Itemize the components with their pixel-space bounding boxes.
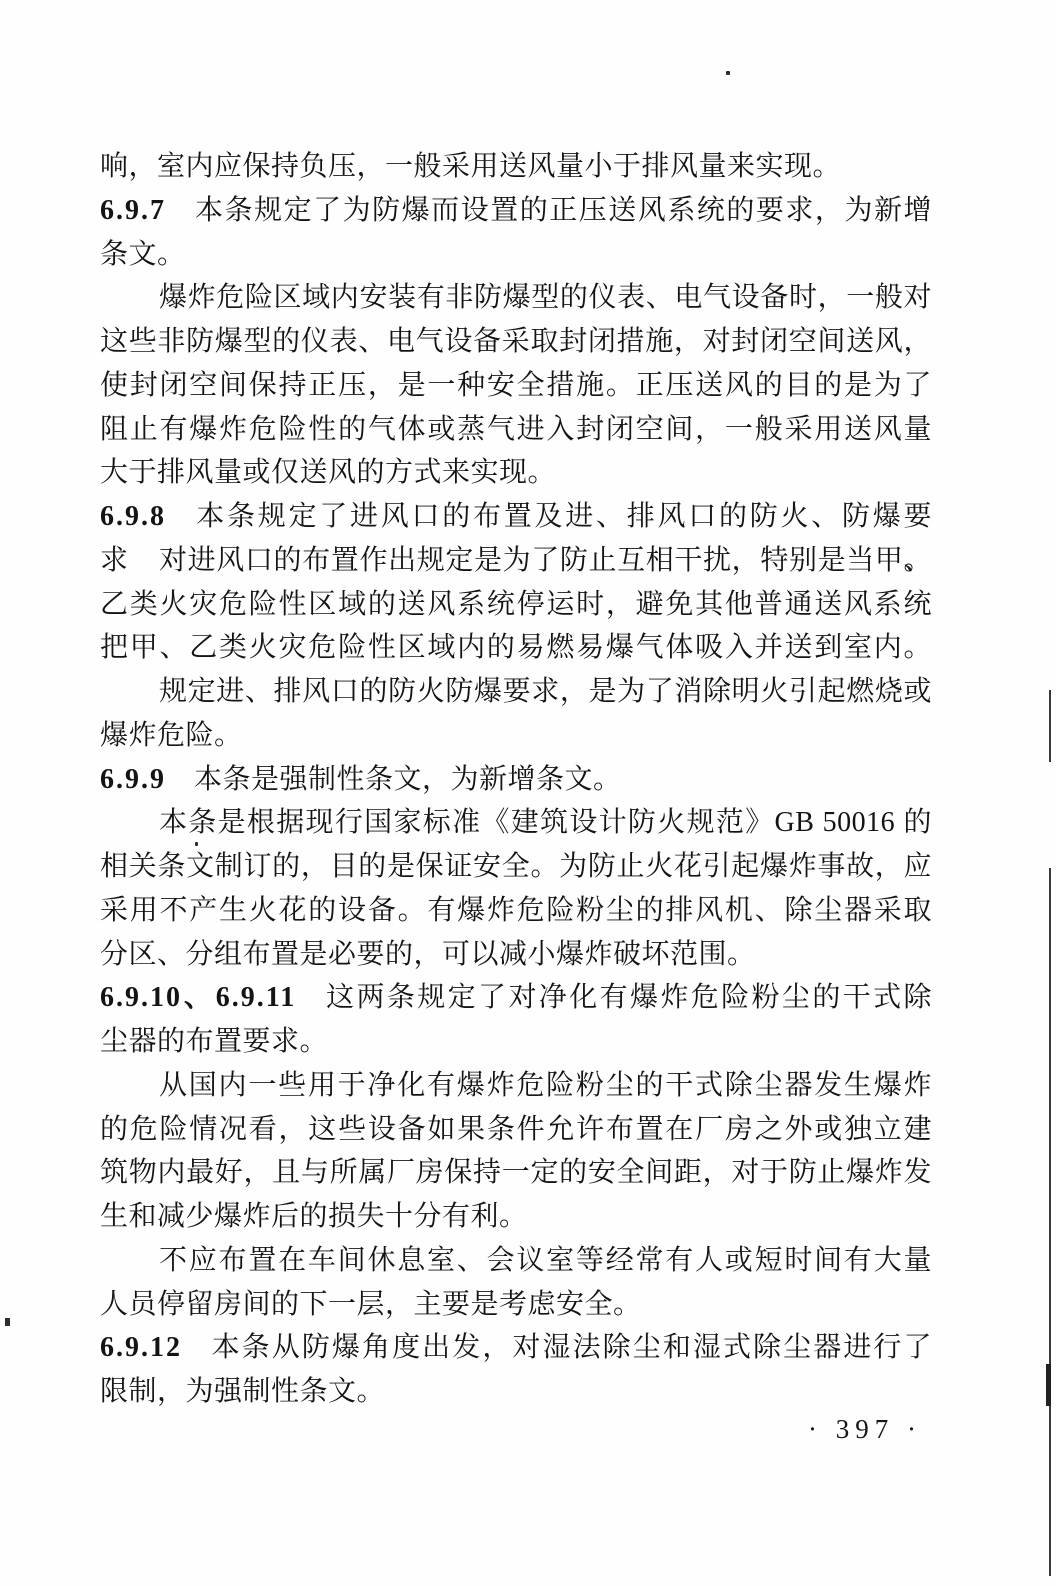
line-text: 规定进、排风口的防火防爆要求，是为了消除明火引起燃烧或	[159, 676, 932, 707]
scan-speck	[195, 842, 198, 846]
section-number: 6.9.9	[100, 764, 194, 795]
text-line: 爆炸危险区域内安装有非防爆型的仪表、电气设备时，一般对	[100, 276, 932, 320]
line-text: 的危险情况看，这些设备如果条件允许布置在厂房之外或独立建	[100, 1114, 932, 1145]
line-text: 相关条文制订的，目的是保证安全。为防止火花引起爆炸事故，应	[100, 851, 932, 882]
line-text: 采用不产生火花的设备。有爆炸危险粉尘的排风机、除尘器采取	[100, 895, 932, 926]
section-line: 6.9.9本条是强制性条文，为新增条文。	[100, 758, 932, 802]
section-line: 6.9.12本条从防爆角度出发，对湿法除尘和湿式除尘器进行了	[100, 1326, 932, 1370]
line-text: 限制，为强制性条文。	[100, 1376, 385, 1407]
section-number: 6.9.12	[100, 1332, 210, 1363]
line-text: 人员停留房间的下一层，主要是考虑安全。	[100, 1289, 642, 1320]
scan-edge-line	[1049, 690, 1051, 762]
scan-speck	[726, 71, 730, 75]
line-text: 这两条规定了对净化有爆炸危险粉尘的干式除	[324, 982, 932, 1013]
text-line: 生和减少爆炸后的损失十分有利。	[100, 1195, 932, 1239]
text-line: 乙类火灾危险性区域的送风系统停运时，避免其他普通送风系统	[100, 583, 932, 627]
line-text: 对进风口的布置作出规定是为了防止互相干扰，特别是当甲、	[159, 545, 932, 576]
text-block: 响，室内应保持负压，一般采用送风量小于排风量来实现。6.9.7本条规定了为防爆而…	[100, 145, 932, 1414]
line-text: 本条规定了为防爆而设置的正压送风系统的要求，为新增	[194, 195, 932, 226]
line-text: 把甲、乙类火灾危险性区域内的易燃易爆气体吸入并送到室内。	[100, 632, 932, 663]
line-text: 生和减少爆炸后的损失十分有利。	[100, 1201, 528, 1232]
section-line: 6.9.8本条规定了进风口的布置及进、排风口的防火、防爆要求。	[100, 495, 932, 539]
section-number: 6.9.8	[100, 501, 194, 532]
section-number: 6.9.10、6.9.11	[100, 982, 324, 1013]
text-line: 把甲、乙类火灾危险性区域内的易燃易爆气体吸入并送到室内。	[100, 626, 932, 670]
scan-edge-blob	[1046, 1364, 1051, 1406]
line-text: 使封闭空间保持正压，是一种安全措施。正压送风的目的是为了	[100, 370, 932, 401]
text-line: 条文。	[100, 233, 932, 277]
text-line: 的危险情况看，这些设备如果条件允许布置在厂房之外或独立建	[100, 1108, 932, 1152]
section-line: 6.9.7本条规定了为防爆而设置的正压送风系统的要求，为新增	[100, 189, 932, 233]
line-text: 分区、分组布置是必要的，可以减小爆炸破坏范围。	[100, 939, 756, 970]
text-line: 从国内一些用于净化有爆炸危险粉尘的干式除尘器发生爆炸	[100, 1064, 932, 1108]
text-line: 使封闭空间保持正压，是一种安全措施。正压送风的目的是为了	[100, 364, 932, 408]
text-line: 分区、分组布置是必要的，可以减小爆炸破坏范围。	[100, 933, 932, 977]
line-text: 爆炸危险。	[100, 720, 243, 751]
text-line: 大于排风量或仅送风的方式来实现。	[100, 451, 932, 495]
text-line: 采用不产生火花的设备。有爆炸危险粉尘的排风机、除尘器采取	[100, 889, 932, 933]
line-text: 不应布置在车间休息室、会议室等经常有人或短时间有大量	[159, 1245, 932, 1276]
line-text: 条文。	[100, 239, 186, 270]
text-line: 规定进、排风口的防火防爆要求，是为了消除明火引起燃烧或	[100, 670, 932, 714]
line-text: 从国内一些用于净化有爆炸危险粉尘的干式除尘器发生爆炸	[159, 1070, 932, 1101]
line-text: 本条从防爆角度出发，对湿法除尘和湿式除尘器进行了	[210, 1332, 932, 1363]
text-line: 阻止有爆炸危险性的气体或蒸气进入封闭空间，一般采用送风量	[100, 408, 932, 452]
line-text: 响，室内应保持负压，一般采用送风量小于排风量来实现。	[100, 151, 841, 182]
text-line: 响，室内应保持负压，一般采用送风量小于排风量来实现。	[100, 145, 932, 189]
text-line: 爆炸危险。	[100, 714, 932, 758]
text-line: 不应布置在车间休息室、会议室等经常有人或短时间有大量	[100, 1239, 932, 1283]
line-text: 筑物内最好，且与所属厂房保持一定的安全间距，对于防止爆炸发	[100, 1157, 932, 1188]
line-text: 尘器的布置要求。	[100, 1026, 328, 1057]
text-line: 本条是根据现行国家标准《建筑设计防火规范》GB 50016 的	[100, 801, 932, 845]
section-line: 6.9.10、6.9.11这两条规定了对净化有爆炸危险粉尘的干式除	[100, 976, 932, 1020]
line-text: 爆炸危险区域内安装有非防爆型的仪表、电气设备时，一般对	[159, 282, 932, 313]
section-number: 6.9.7	[100, 195, 194, 226]
text-line: 尘器的布置要求。	[100, 1020, 932, 1064]
line-text: 本条是根据现行国家标准《建筑设计防火规范》GB 50016 的	[159, 807, 932, 838]
line-text: 这些非防爆型的仪表、电气设备采取封闭措施，对封闭空间送风，	[100, 326, 932, 357]
scan-edge-line	[1049, 868, 1051, 1576]
line-text: 大于排风量或仅送风的方式来实现。	[100, 457, 556, 488]
line-text: 本条是强制性条文，为新增条文。	[194, 764, 622, 795]
scanned-document-page: 响，室内应保持负压，一般采用送风量小于排风量来实现。6.9.7本条规定了为防爆而…	[0, 0, 1056, 1586]
text-line: 筑物内最好，且与所属厂房保持一定的安全间距，对于防止爆炸发	[100, 1151, 932, 1195]
text-line: 相关条文制订的，目的是保证安全。为防止火花引起爆炸事故，应	[100, 845, 932, 889]
text-line: 对进风口的布置作出规定是为了防止互相干扰，特别是当甲、	[100, 539, 932, 583]
text-line: 限制，为强制性条文。	[100, 1370, 932, 1414]
line-text: 阻止有爆炸危险性的气体或蒸气进入封闭空间，一般采用送风量	[100, 414, 932, 445]
line-text: 乙类火灾危险性区域的送风系统停运时，避免其他普通送风系统	[100, 589, 932, 620]
text-line: 这些非防爆型的仪表、电气设备采取封闭措施，对封闭空间送风，	[100, 320, 932, 364]
text-line: 人员停留房间的下一层，主要是考虑安全。	[100, 1283, 932, 1327]
scan-speck	[5, 1318, 10, 1326]
page-number: · 397 ·	[765, 1412, 965, 1446]
